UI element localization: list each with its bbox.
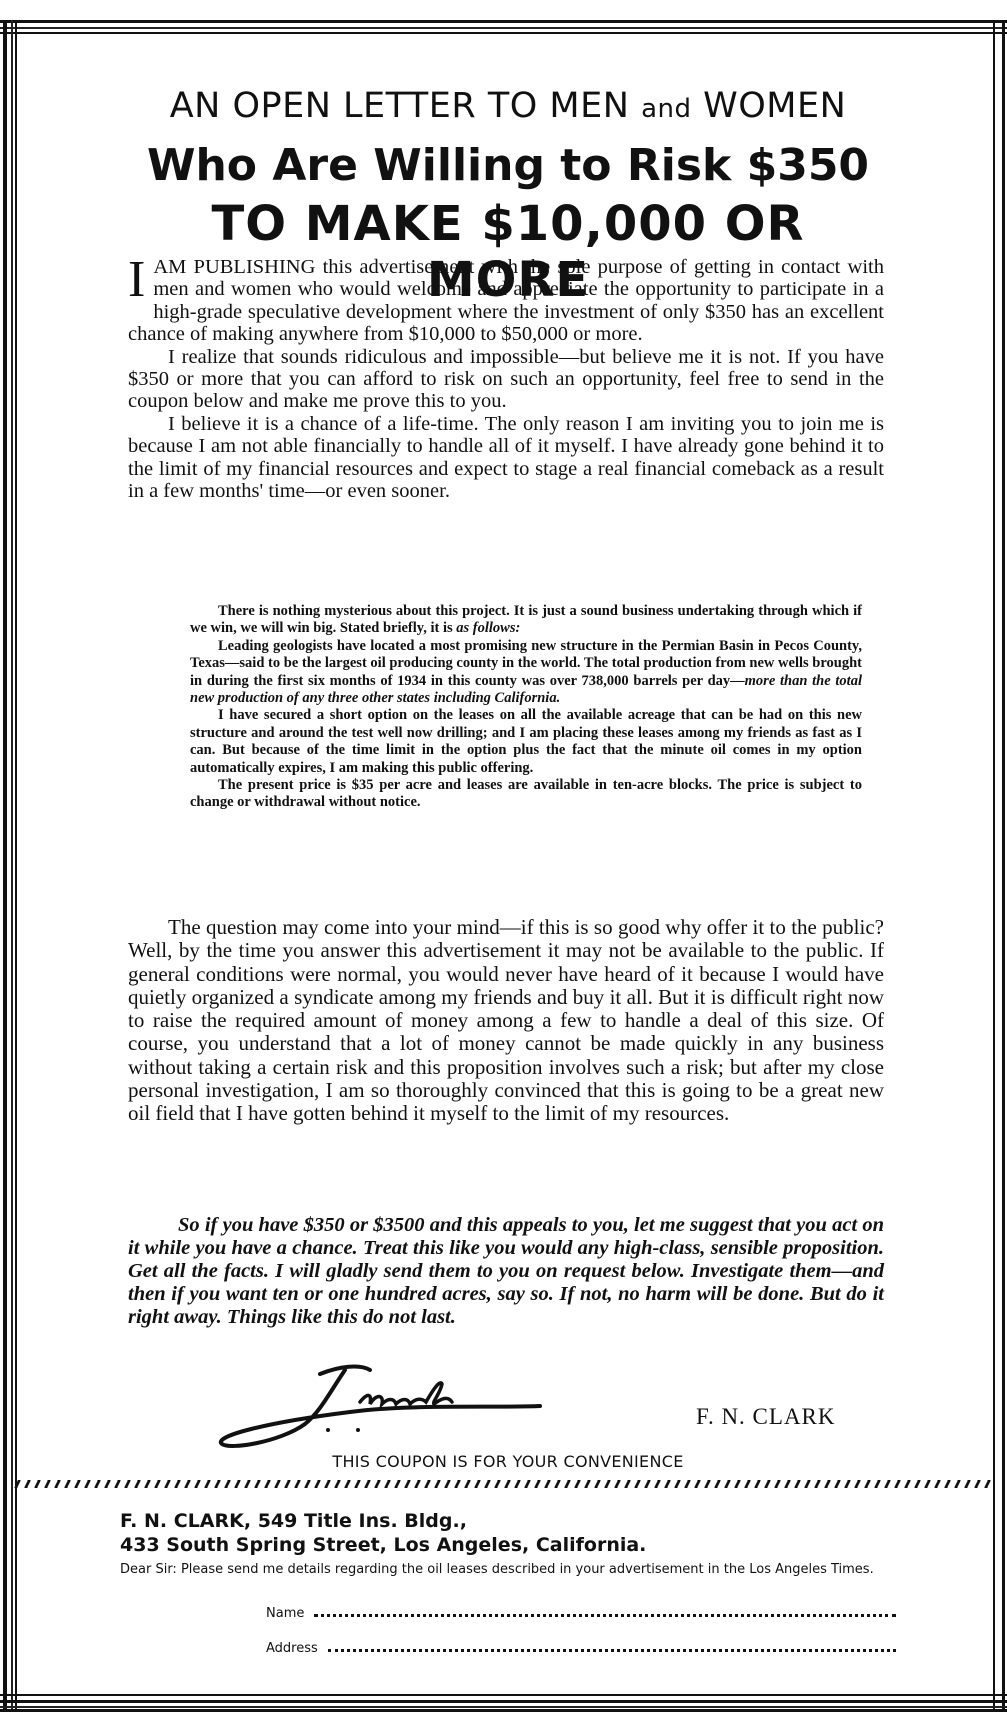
details-intro: There is nothing mysterious about this p…: [190, 603, 862, 638]
address-field[interactable]: Address: [266, 1641, 896, 1656]
closing-section: So if you have $350 or $3500 and this ap…: [128, 1214, 884, 1329]
signer-name: F. N. CLARK: [696, 1404, 836, 1430]
frame-border-left: [3, 20, 17, 1712]
question-paragraph: The question may come into your mind—if …: [128, 916, 884, 1126]
frame-border-top: [0, 20, 1007, 34]
details-price: The present price is $35 per acre and le…: [190, 777, 862, 811]
closing-paragraph: So if you have $350 or $3500 and this ap…: [128, 1214, 884, 1329]
headline-part: and: [641, 94, 691, 124]
name-field-line[interactable]: [314, 1606, 896, 1617]
name-field-label: Name: [266, 1606, 304, 1621]
address-field-line[interactable]: [328, 1641, 896, 1652]
address-field-label: Address: [266, 1641, 318, 1656]
coupon-title: THIS COUPON IS FOR YOUR CONVENIENCE: [128, 1452, 888, 1471]
details-text: as follows:: [456, 620, 520, 636]
details-text: There is nothing mysterious about this p…: [190, 603, 862, 636]
coupon-cut-line: [14, 1480, 994, 1488]
question-section: The question may come into your mind—if …: [128, 916, 884, 1126]
frame-border-bottom: [0, 1694, 1007, 1712]
letter-paragraph-2: I realize that sounds ridiculous and imp…: [128, 346, 884, 413]
coupon-address-line-1: F. N. CLARK, 549 Title Ins. Bldg.,: [120, 1510, 467, 1532]
headline-part: WOMEN: [703, 86, 846, 126]
details-option: I have secured a short option on the lea…: [190, 707, 862, 777]
coupon-request-text: Dear Sir: Please send me details regardi…: [120, 1562, 896, 1577]
project-details: There is nothing mysterious about this p…: [190, 603, 862, 811]
details-geology: Leading geologists have located a most p…: [190, 638, 862, 708]
coupon-address-line-2: 433 South Spring Street, Los Angeles, Ca…: [120, 1534, 646, 1556]
name-field[interactable]: Name: [266, 1606, 896, 1621]
letter-paragraph-1: I AM PUBLISHING this advertisement with …: [128, 256, 884, 346]
headline-part: AN OPEN LETTER TO MEN: [170, 86, 630, 126]
letter-intro: I AM PUBLISHING this advertisement with …: [128, 256, 884, 502]
drop-cap: I: [128, 258, 145, 302]
headline-line-1: AN OPEN LETTER TO MEN and WOMEN: [128, 86, 888, 126]
letter-paragraph-3: I believe it is a chance of a life-time.…: [128, 413, 884, 503]
paragraph-text: AM PUBLISHING this advertisement with th…: [128, 256, 884, 345]
frame-border-right: [993, 20, 1005, 1712]
headline-line-2: Who Are Willing to Risk $350: [128, 140, 888, 191]
signature-graphic: [210, 1362, 630, 1452]
